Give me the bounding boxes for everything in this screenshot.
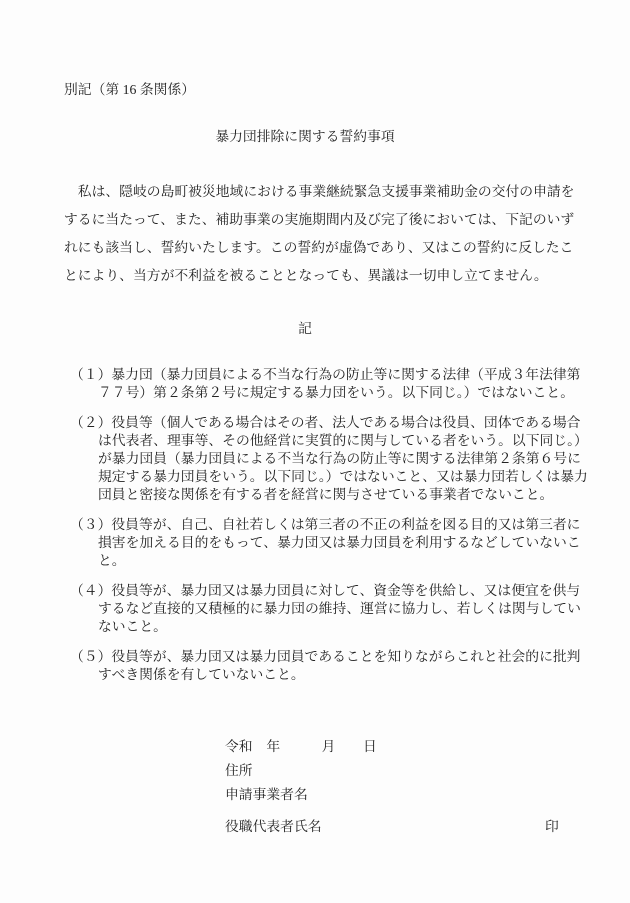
pledge-condition-item-1: （１）暴力団（暴力団員による不当な行為の防止等に関する法律（平成３年法律第 ７７… [70,366,585,402]
pledge-statement-paragraph: 私は、隠岐の島町被災地域における事業継続緊急支援事業補助金の交付の申請を するに… [64,178,589,290]
pledge-condition-item-3: （３）役員等が、自己、自社若しくは第三者の不正の利益を図る目的又は第三者に 損害… [70,516,585,570]
seal-mark: 印 [545,818,559,836]
pledge-condition-item-2: （２）役員等（個人である場合はその者、法人である場合は役員、団体である場合 は代… [70,414,585,504]
pledge-condition-item-4: （４）役員等が、暴力団又は暴力団員に対して、資金等を供給し、又は便宜を供与 する… [70,582,585,636]
notes-heading: 記 [0,320,610,338]
attachment-reference-label: 別記（第 16 条関係） [64,81,195,99]
pledge-condition-item-5: （５）役員等が、暴力団又は暴力団員であることを知りながらこれと社会的に批判 すべ… [70,648,585,684]
address-label: 住所 [225,762,253,780]
document-page: 別記（第 16 条関係） 暴力団排除に関する誓約事項 私は、隠岐の島町被災地域に… [0,0,630,903]
representative-title-name-label: 役職代表者氏名 [225,818,322,836]
date-line-era: 令和 年 月 日 [225,738,377,756]
applicant-business-name-label: 申請事業者名 [225,786,308,804]
document-title: 暴力団排除に関する誓約事項 [0,128,610,146]
pledge-conditions-list: （１）暴力団（暴力団員による不当な行為の防止等に関する法律（平成３年法律第 ７７… [70,366,585,696]
